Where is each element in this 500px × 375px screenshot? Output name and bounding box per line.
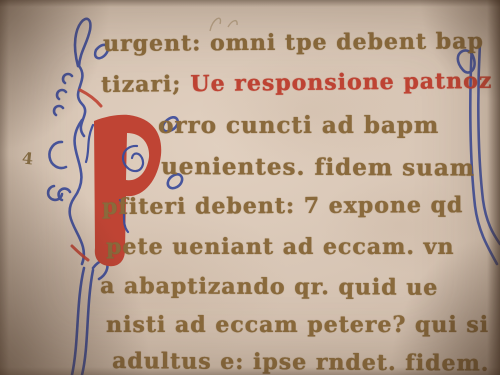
hairline-mark [210, 18, 237, 31]
text-line-5: pfiteri debent: 7 expone qd [102, 194, 463, 218]
left-flourish-red-accents [72, 90, 101, 260]
text-line-9: adultus e: ipse rndet. fidem. [112, 350, 489, 375]
text-line-1: urgent: omni tpe debent bap [103, 30, 484, 55]
text-line-3: orro cuncti ad bapm [158, 114, 439, 137]
text-line-4: uenientes. fidem suam [161, 155, 475, 180]
text-line-7: a abaptizando qr. quid ue [100, 275, 438, 299]
text-line-6: pete ueniant ad eccam. vn [106, 236, 454, 258]
margin-quire-mark: 4 [21, 148, 34, 168]
rubric-red-text: Ue responsione patnoz [190, 68, 492, 97]
text-line-8: nisti ad eccam petere? qui si [106, 314, 489, 336]
text-line-2-brown: tizari; [101, 71, 182, 98]
text-line-2: tizari;Ue responsione patnoz [101, 70, 492, 96]
manuscript-photo: 4 urgent: omni tpe debent bap tizari;Ue … [0, 0, 500, 375]
